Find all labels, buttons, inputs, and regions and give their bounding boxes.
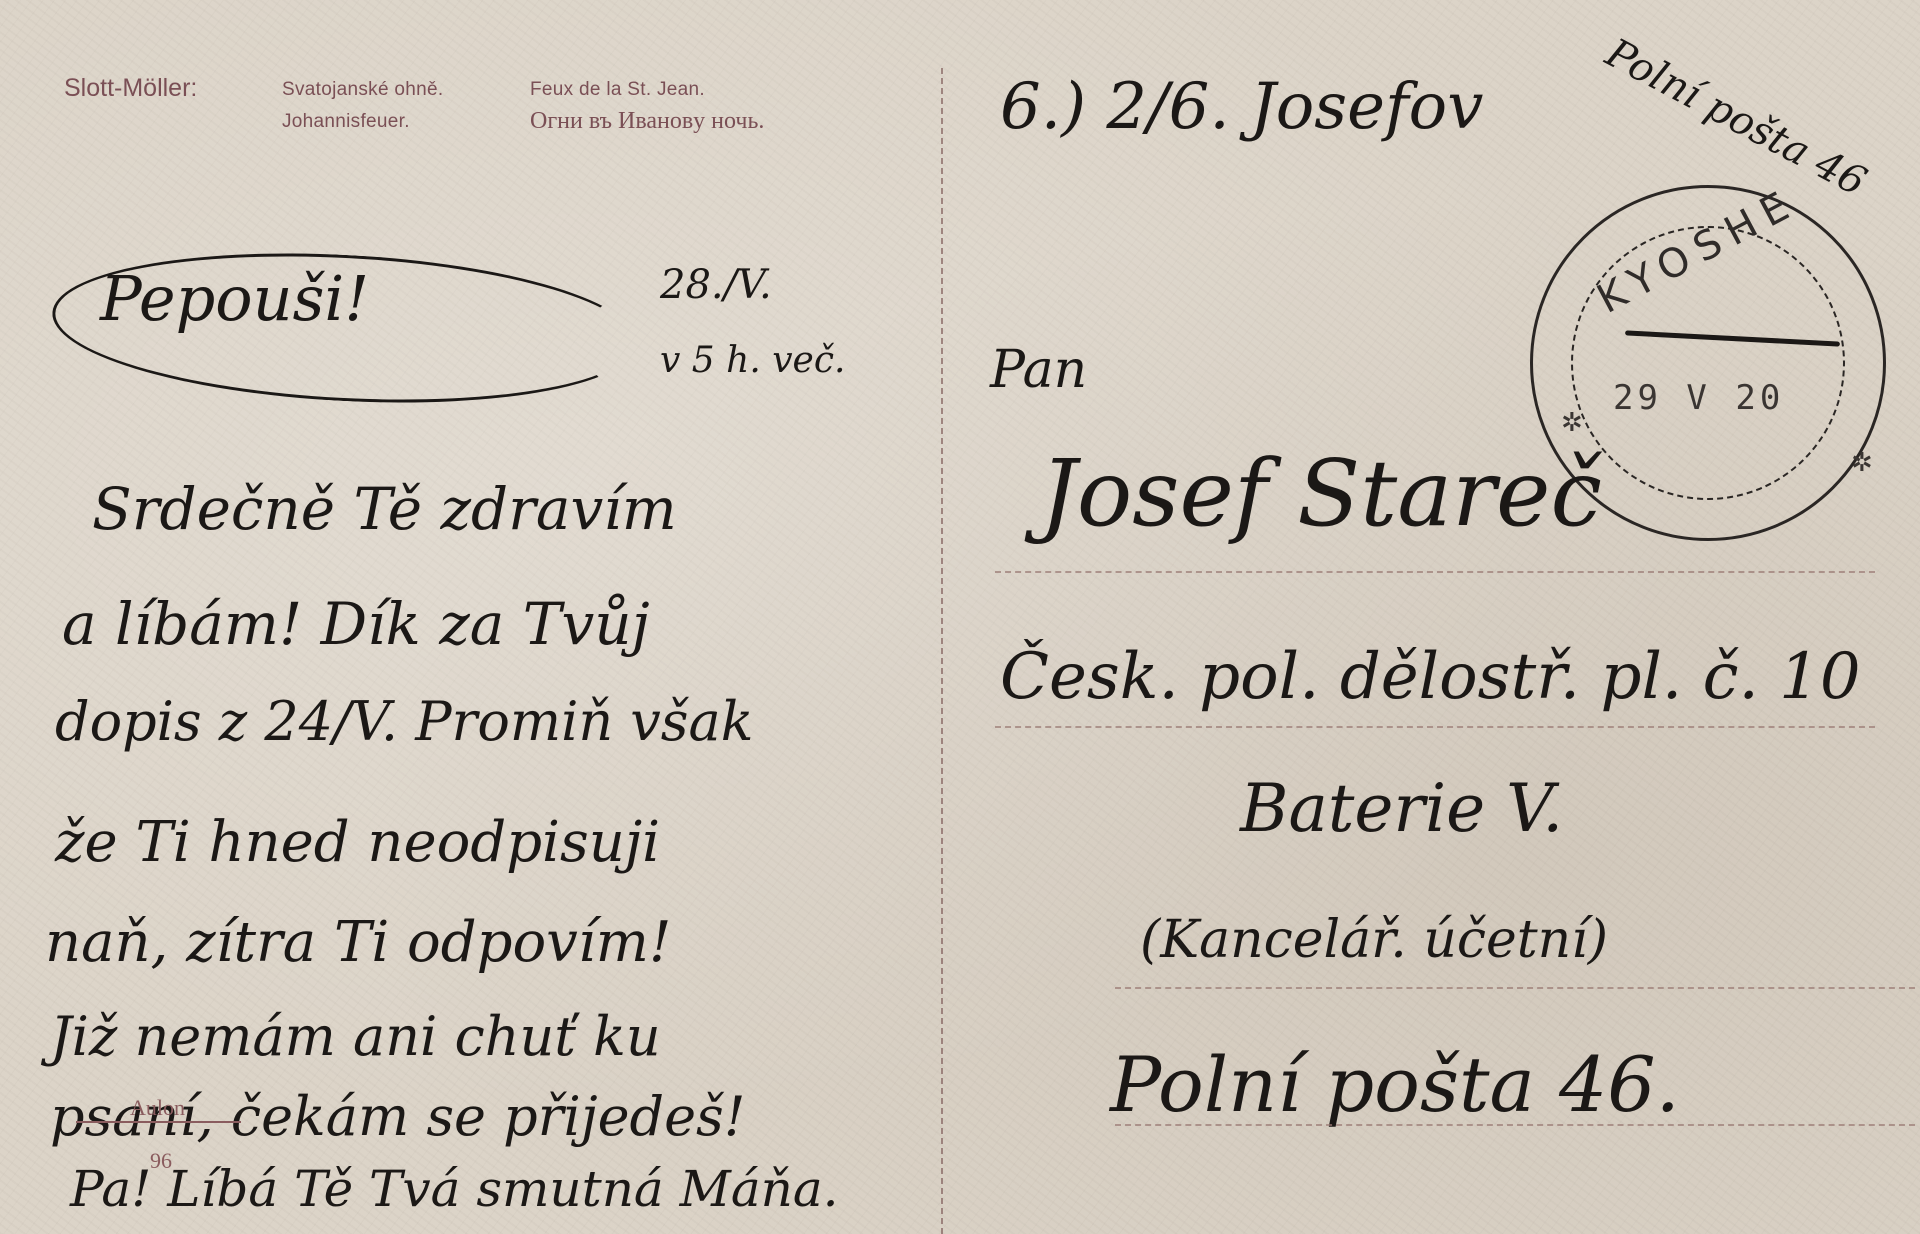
salutation: Pepouši!: [100, 262, 369, 335]
postcard-back: Slott-Möller: Svatojanské ohně. Feux de …: [0, 0, 1920, 1234]
message-line: Již nemám ani chuť ku: [50, 1005, 661, 1068]
artist-name: Slott-Möller:: [64, 74, 197, 103]
center-divider: [941, 68, 943, 1234]
message-line: naň, zítra Ti odpovím!: [45, 910, 671, 975]
message-signature-line: Pa! Líbá Tě Tvá smutná Máňa.: [70, 1160, 839, 1218]
message-line: že Ti hned neodpisuji: [55, 810, 660, 875]
corner-note: Polní pošta 46: [1598, 30, 1873, 205]
address-title: Pan: [990, 340, 1087, 400]
message-line: a líbám! Dík za Tvůj: [62, 590, 650, 658]
message-date: 28./V.: [660, 262, 772, 308]
star-icon: ✲: [1851, 448, 1873, 478]
recipient-role: (Kancelář. účetní): [1140, 910, 1608, 970]
title-russian: Огни въ Ивановy ночь.: [530, 108, 764, 135]
message-line: dopis z 24/V. Promiň však: [55, 690, 753, 753]
address-line-1: [995, 571, 1875, 573]
archive-note: 6.) 2/6. Josefov: [1000, 70, 1483, 144]
recipient-name: Josef Stareč: [1040, 440, 1602, 547]
title-german: Johannisfeuer.: [282, 111, 410, 133]
postmark-date: 29 V 20: [1613, 378, 1784, 418]
address-line-2: [995, 726, 1875, 728]
recipient-battery: Baterie V.: [1240, 770, 1563, 847]
title-czech: Svatojanské ohně.: [282, 79, 443, 101]
field-post: Polní pošta 46.: [1110, 1040, 1680, 1129]
star-icon: ✲: [1561, 408, 1583, 438]
publisher-rule: [76, 1121, 241, 1123]
publisher-name: Aulon: [130, 1095, 185, 1121]
message-time: v 5 h. več.: [660, 340, 845, 381]
message-line: Srdečně Tě zdravím: [92, 475, 677, 543]
recipient-unit: Česk. pol. dělostř. pl. č. 10: [1000, 640, 1861, 714]
address-line-3: [1115, 987, 1915, 989]
address-line-4: [1115, 1124, 1915, 1126]
publisher-number: 96: [150, 1148, 172, 1174]
title-french: Feux de la St. Jean.: [530, 79, 705, 101]
